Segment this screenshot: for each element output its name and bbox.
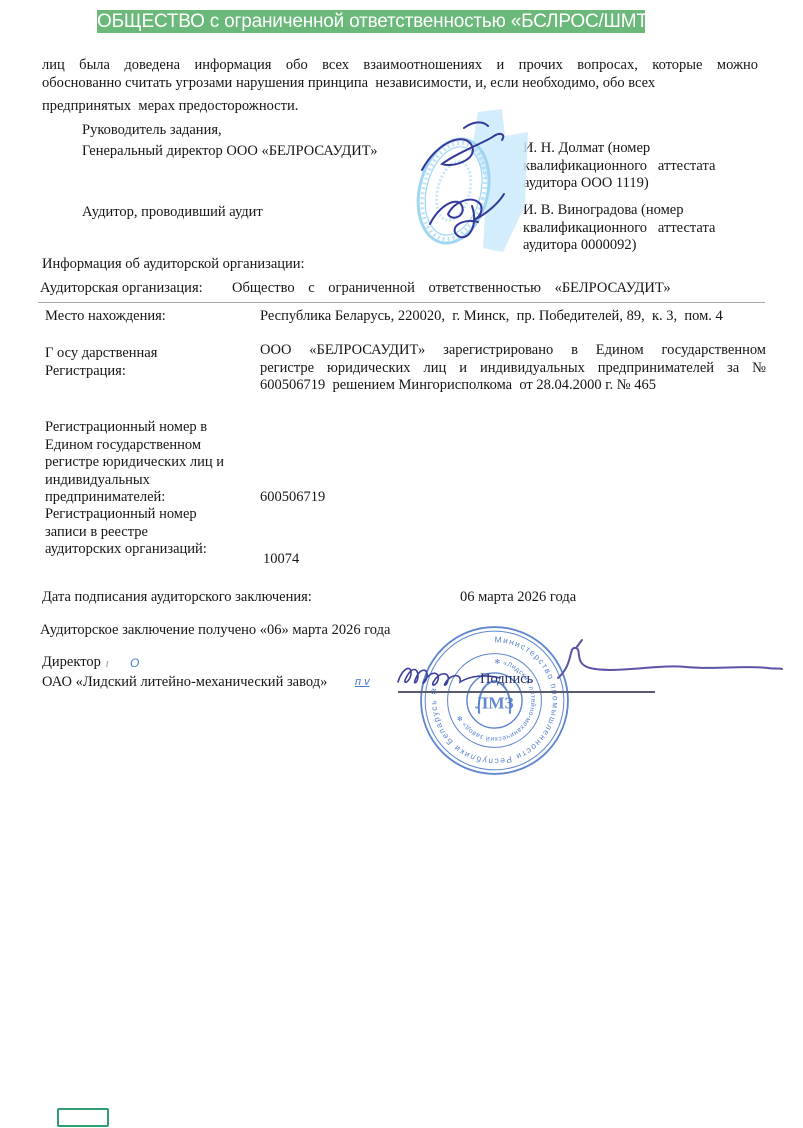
document-page: ОБЩЕСТВО с ограниченной ответственностью… — [0, 0, 803, 1128]
signing-date-label: Дата подписания аудиторского заключения: — [42, 589, 312, 607]
audit-stamp — [406, 108, 534, 254]
signatory-name-1: И. Н. Долмат (номер квалификационного ат… — [523, 140, 751, 193]
egr-number-value: 600506719 — [260, 489, 325, 507]
signing-date-value: 06 марта 2026 года — [460, 589, 576, 607]
director-title: Директор — [42, 654, 101, 672]
annotation-mark-2: O — [130, 656, 139, 670]
intro-paragraph-1: лиц была доведена информация обо всех вз… — [42, 57, 758, 92]
pen-signature-stroke — [516, 636, 786, 686]
task-leader-line2: Генеральный директор ООО «БЕЛРОСАУДИТ» — [82, 143, 377, 161]
org-info-heading: Информация об аудиторской организации: — [42, 256, 305, 274]
received-line: Аудиторское заключение получено «06» мар… — [40, 622, 390, 640]
egr-number-label: Регистрационный номер в Едином государст… — [45, 419, 250, 507]
stamp-paper-block — [472, 109, 528, 252]
location-value: Республика Беларусь, 220020, г. Минск, п… — [260, 308, 740, 326]
signatory-name-2: И. В. Виноградова (номер квалификационно… — [523, 202, 755, 255]
location-label: Место нахождения: — [45, 308, 166, 326]
seal-monogram: ЛМЗ — [475, 694, 513, 713]
annotation-mark-1: ι — [106, 658, 108, 670]
company-annotation-mark: п v — [355, 676, 370, 688]
director-company-line: ОАО «Лидский литейно-механический завод» — [42, 674, 327, 692]
auditor-role: Аудитор, проводивший аудит — [82, 204, 263, 222]
intro-paragraph-2: предпринятых мерах предосторожности. — [42, 98, 758, 116]
org-value: Общество с ограниченной ответственностью… — [232, 280, 765, 298]
company-banner: ОБЩЕСТВО с ограниченной ответственностью… — [97, 10, 645, 33]
registry-number-label: Регистрационный номер записи в реестре а… — [45, 506, 220, 559]
separator-line — [38, 302, 765, 303]
audit-stamp-graphic — [406, 108, 534, 254]
registry-number-value: 10074 — [263, 551, 299, 569]
company-banner-text: ОБЩЕСТВО с ограниченной ответственностью… — [97, 11, 657, 32]
state-registration-label: Г осу дарственная Регистрация: — [45, 345, 205, 380]
org-label: Аудиторская организация: — [40, 280, 203, 298]
pen-stroke-graphic — [516, 636, 786, 686]
bottom-left-mark — [57, 1108, 109, 1127]
task-leader-line1: Руководитель задания, — [82, 122, 222, 140]
state-registration-value: ООО «БЕЛРОСАУДИТ» зарегистрировано в Еди… — [260, 342, 766, 395]
